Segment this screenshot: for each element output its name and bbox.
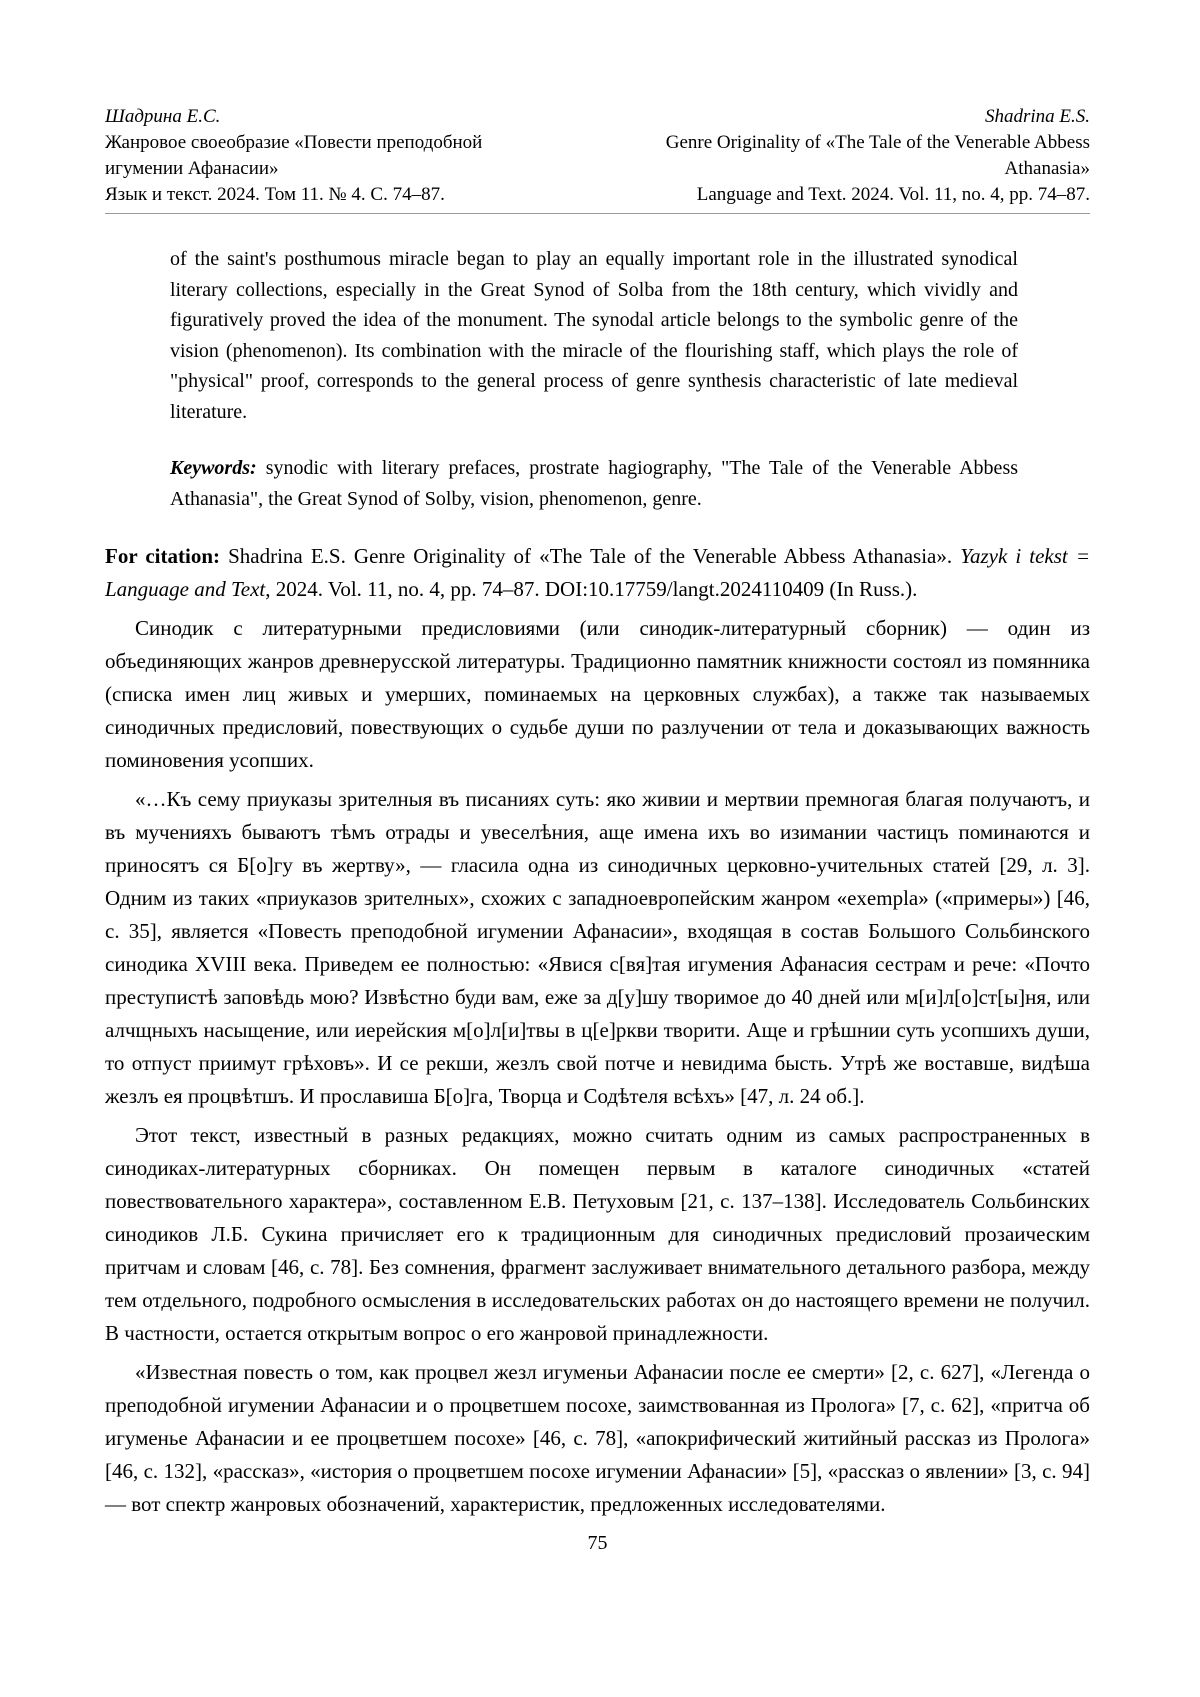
body-paragraph-3: Этот текст, известный в разных редакциях… [105, 1119, 1090, 1350]
journal-reference-ru: Язык и текст. 2024. Том 11. № 4. С. 74–8… [105, 182, 558, 208]
journal-reference-en: Language and Text. 2024. Vol. 11, no. 4,… [598, 182, 1091, 208]
article-title-en-line1: Genre Originality of «The Tale of the Ve… [598, 130, 1091, 156]
paper-page: Шадрина Е.С. Жанровое своеобразие «Повес… [0, 0, 1200, 1697]
page-number: 75 [105, 1529, 1090, 1557]
author-name-ru: Шадрина Е.С. [105, 104, 558, 130]
author-name-en: Shadrina E.S. [598, 104, 1091, 130]
keywords-paragraph: Keywords: synodic with literary prefaces… [170, 453, 1018, 514]
running-head: Шадрина Е.С. Жанровое своеобразие «Повес… [105, 104, 1090, 208]
body-paragraph-1: Синодик с литературными предисловиями (и… [105, 612, 1090, 777]
body-paragraph-4: «Известная повесть о том, как процвел же… [105, 1356, 1090, 1521]
keywords-text: synodic with literary prefaces, prostrat… [170, 457, 1018, 510]
header-divider [105, 213, 1090, 214]
abstract-continuation-text: of the saint's posthumous miracle began … [170, 244, 1018, 427]
running-head-english: Shadrina E.S. Genre Originality of «The … [598, 104, 1091, 208]
body-paragraph-2: «…Къ сему приуказы зрителныя въ писаниях… [105, 783, 1090, 1113]
citation-label: For citation: [105, 544, 220, 568]
article-title-ru-line1: Жанровое своеобразие «Повести преподобно… [105, 130, 558, 156]
article-title-ru-line2: игумении Афанасии» [105, 156, 558, 182]
citation-text-tail: , 2024. Vol. 11, no. 4, pp. 74–87. DOI:1… [265, 577, 917, 601]
article-title-en-line2: Athanasia» [598, 156, 1091, 182]
citation-text: Shadrina E.S. Genre Originality of «The … [228, 544, 952, 568]
keywords-label: Keywords: [170, 457, 257, 479]
running-head-russian: Шадрина Е.С. Жанровое своеобразие «Повес… [105, 104, 558, 208]
citation-paragraph: For citation: Shadrina E.S. Genre Origin… [105, 540, 1090, 606]
